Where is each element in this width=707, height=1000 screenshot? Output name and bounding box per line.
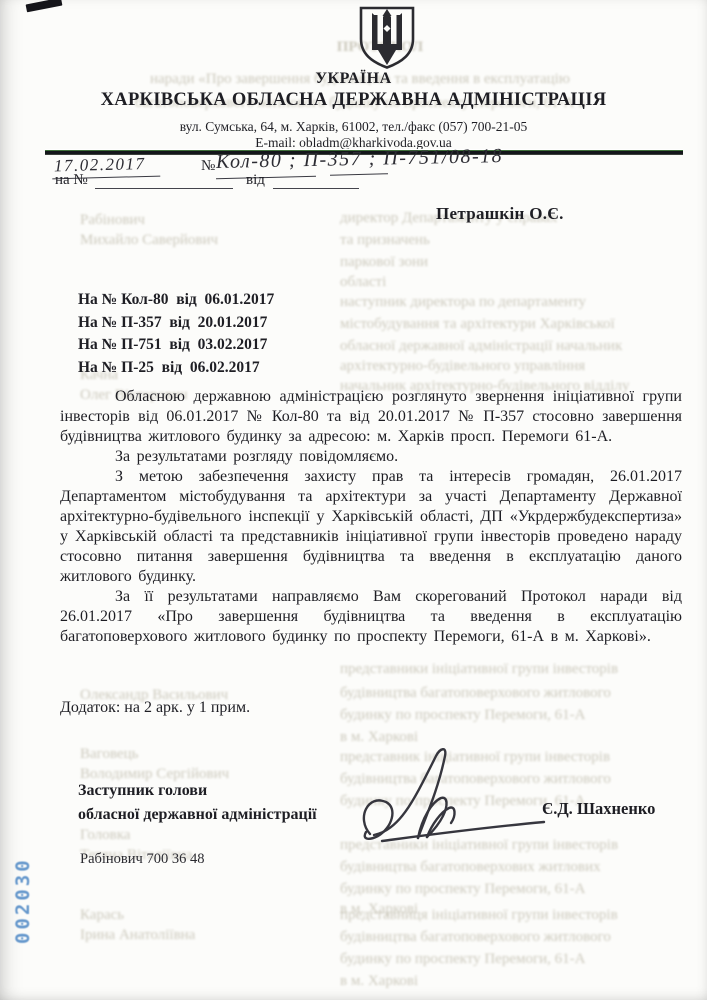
ghost-text: в м. Харкові [340, 972, 680, 990]
handwritten-signature [348, 742, 548, 862]
ghost-text: містобудування та архітектури Харківсько… [340, 315, 675, 333]
ghost-text: в м. Харкові [340, 900, 680, 918]
ghost-text: Рабінович [80, 211, 300, 229]
body-paragraph: З метою забезпечення захисту прав та інт… [60, 467, 682, 587]
registration-stamp-number: 002030 [12, 850, 42, 952]
letter-body: Обласною державною адміністрацією розгля… [60, 387, 682, 647]
attachment-note: Додаток: на 2 арк. у 1 прим. [60, 699, 250, 717]
handwritten-outgoing-number: Кол-80 ; П-357 ; П-751/08-18 [216, 145, 504, 174]
signer-position-line2: обласної державної адміністрації [78, 803, 317, 827]
ghost-text: Михайло Саверйович [80, 231, 310, 249]
ghost-text: будинку по проспекту Перемоги, 61-А [340, 950, 680, 968]
ghost-text: Ваговець [80, 745, 310, 763]
ghost-text: обласної державної адміністрації начальн… [340, 337, 675, 355]
ghost-text: паркової зони [340, 253, 675, 271]
ghost-text: Головка [80, 826, 310, 844]
from-date-blank-line [273, 188, 359, 189]
ghost-text: представниця ініціативної групи інвестор… [340, 906, 680, 924]
ghost-text: будівництва багатоповерхового житлового [340, 928, 680, 946]
ghost-text: наступник директора по департаменту [340, 293, 675, 311]
executor-contact: Рабінович 700 36 48 [80, 851, 204, 868]
body-paragraph: За результатами розгляду повідомляємо. [60, 447, 682, 467]
ghost-text: будинку по проспекту Перемоги, 61-А [340, 706, 680, 724]
ghost-text: Карась [80, 906, 310, 924]
scan-corner-mark [26, 0, 63, 12]
ghost-text: та призначень [340, 231, 675, 249]
ghost-text: Ірина Анатоліївна [80, 926, 310, 944]
signer-name: Є.Д. Шахненко [542, 799, 655, 819]
ukraine-trident-emblem-icon [352, 6, 422, 70]
ghost-text: будинку по проспекту Перемоги, 61-А [340, 880, 680, 898]
number-sign-label: № [201, 158, 215, 175]
ghost-text: області [340, 273, 675, 291]
ghost-text: представники ініціативної групи інвестор… [340, 660, 680, 678]
handwritten-underline [216, 176, 316, 180]
incoming-references-block: На № Кол-80 від 06.01.2017 На № П-357 ві… [78, 289, 274, 379]
from-date-label: від [246, 172, 265, 189]
handwritten-underline [330, 173, 388, 176]
country-title: УКРАЇНА [0, 70, 707, 88]
address-line: вул. Сумська, 64, м. Харків, 61002, тел.… [0, 119, 707, 135]
incoming-number-label: на № [55, 172, 88, 189]
addressee-name: Петрашкін О.Є. [436, 204, 564, 224]
body-paragraph: За її результатами направляємо Вам скоре… [60, 587, 682, 647]
ghost-text: будівництва багатоповерхового житлового [340, 684, 680, 702]
organization-title: ХАРКІВСЬКА ОБЛАСНА ДЕРЖАВНА АДМІНІСТРАЦІ… [0, 90, 707, 111]
signer-position-line1: Заступник голови [78, 779, 317, 803]
incoming-number-blank-line [95, 188, 233, 189]
signer-position: Заступник голови обласної державної адмі… [78, 779, 317, 827]
scanned-letter-page: ПРОТОКОЛнаради «Про завершення будівницт… [0, 0, 707, 1000]
ghost-text: архітектурно-будівельного управління [340, 357, 675, 375]
body-paragraph: Обласною державною адміністрацією розгля… [60, 387, 682, 447]
